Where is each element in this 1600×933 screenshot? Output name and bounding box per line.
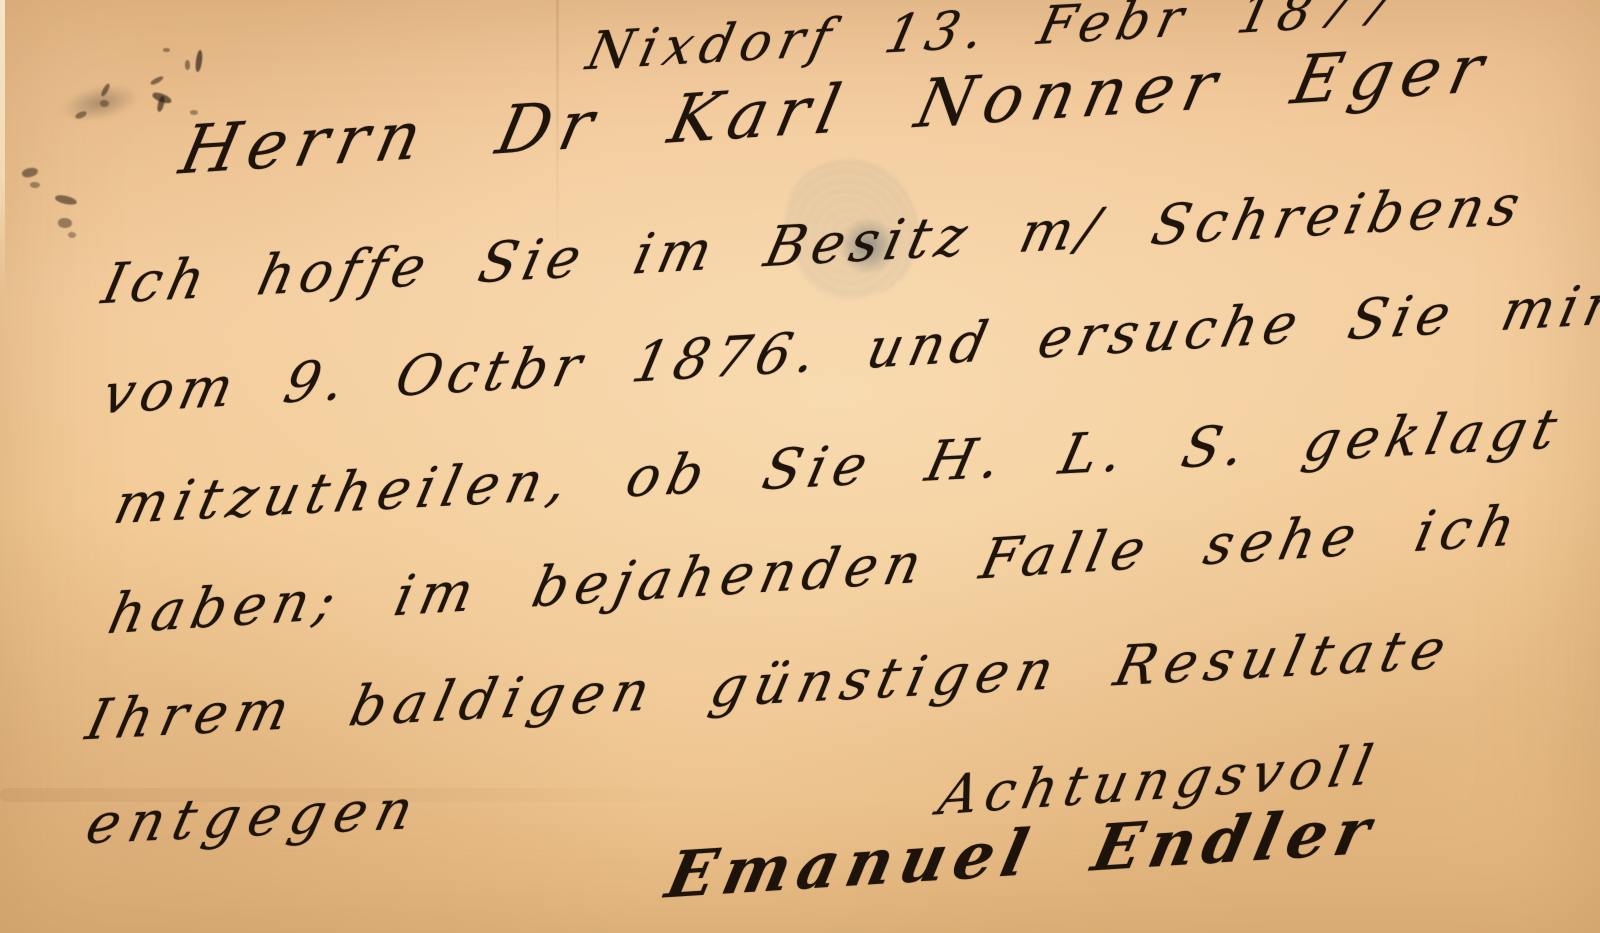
ink-speck	[54, 194, 77, 206]
handwriting-line-body-5: Ihrem baldigen günstigen Resultate	[86, 617, 1454, 752]
torn-edge	[0, 0, 5, 300]
ink-speck	[150, 75, 165, 86]
ink-speck	[68, 232, 76, 238]
ink-speck	[58, 218, 72, 228]
ink-speck	[185, 60, 190, 70]
postcard-scan: Nixdorf 13. Febr 1877 Herrn Dr Karl Nonn…	[0, 0, 1600, 933]
ink-speck	[21, 166, 39, 179]
handwriting-line-entgegen: entgegen	[87, 777, 423, 856]
ink-speck	[194, 50, 203, 73]
ink-speck	[163, 48, 170, 52]
ink-speck	[100, 100, 109, 107]
ink-speck	[30, 182, 40, 188]
body-5-text: Ihrem baldigen günstigen Resultate	[81, 616, 1460, 752]
